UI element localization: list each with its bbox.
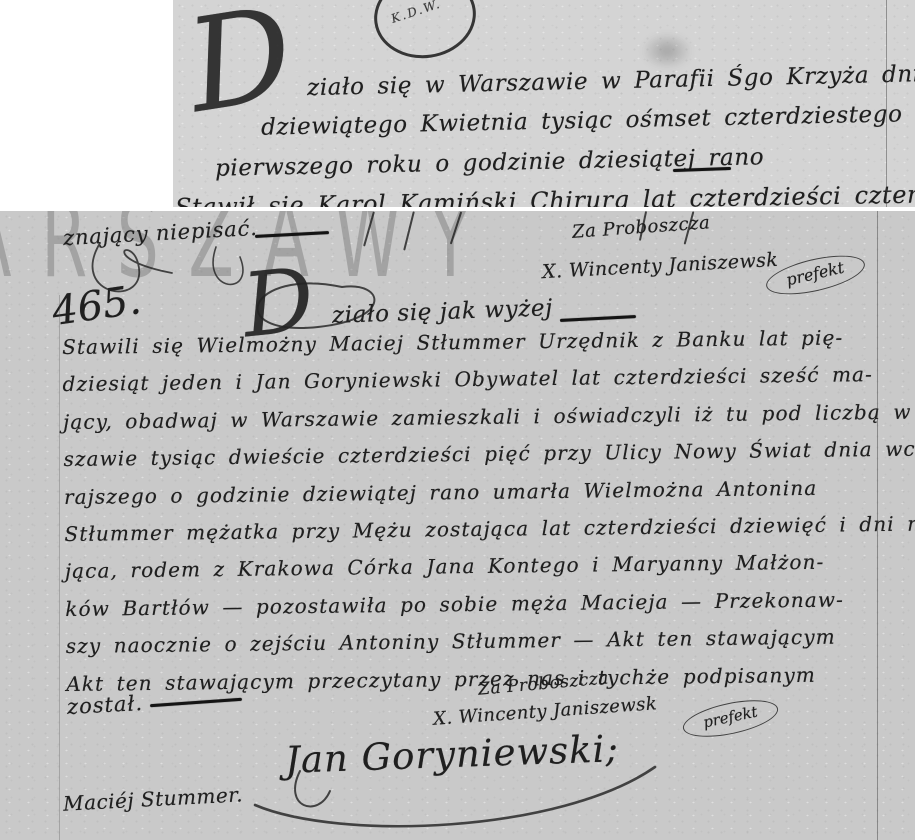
handwritten-line: dziewiątego Kwietnia tysiąc ośmset czter… <box>261 101 903 140</box>
scan-fragment-top: K.D.W. D ziało się w Warszawie w Parafii… <box>173 0 915 207</box>
stamp-text: K.D.W. <box>389 0 443 26</box>
signature-husband: Maciéj Stummer. <box>62 782 243 815</box>
ink-smudge <box>641 32 693 70</box>
document-scan: K.D.W. D ziało się w Warszawie w Parafii… <box>0 0 915 840</box>
act-body: Stawili się Wielmożny Maciej Stłummer Ur… <box>62 324 915 709</box>
handwritten-line-cut: Stawił się Karol Kamiński Chirurg lat cz… <box>175 178 915 207</box>
ink-dash <box>560 315 636 322</box>
act-closing: został. <box>66 691 143 719</box>
signature-witness: Jan Goryniewski; <box>284 727 619 782</box>
margin-line <box>59 295 60 840</box>
fold-line <box>886 0 887 207</box>
official-stamp: K.D.W. <box>369 0 482 65</box>
clergy-title-flourish: prefekt <box>763 248 868 302</box>
clergy-name: X. Wincenty Janiszewsk <box>542 249 779 283</box>
handwritten-line: ziało się w Warszawie w Parafii Śgo Krzy… <box>307 61 915 101</box>
scan-fragment-main: ARSZAWY znający niepisać. Za Proboszcza … <box>0 211 915 840</box>
fold-line <box>877 211 878 840</box>
handwritten-line: pierwszego roku o godzinie dziesiątej ra… <box>215 144 765 181</box>
